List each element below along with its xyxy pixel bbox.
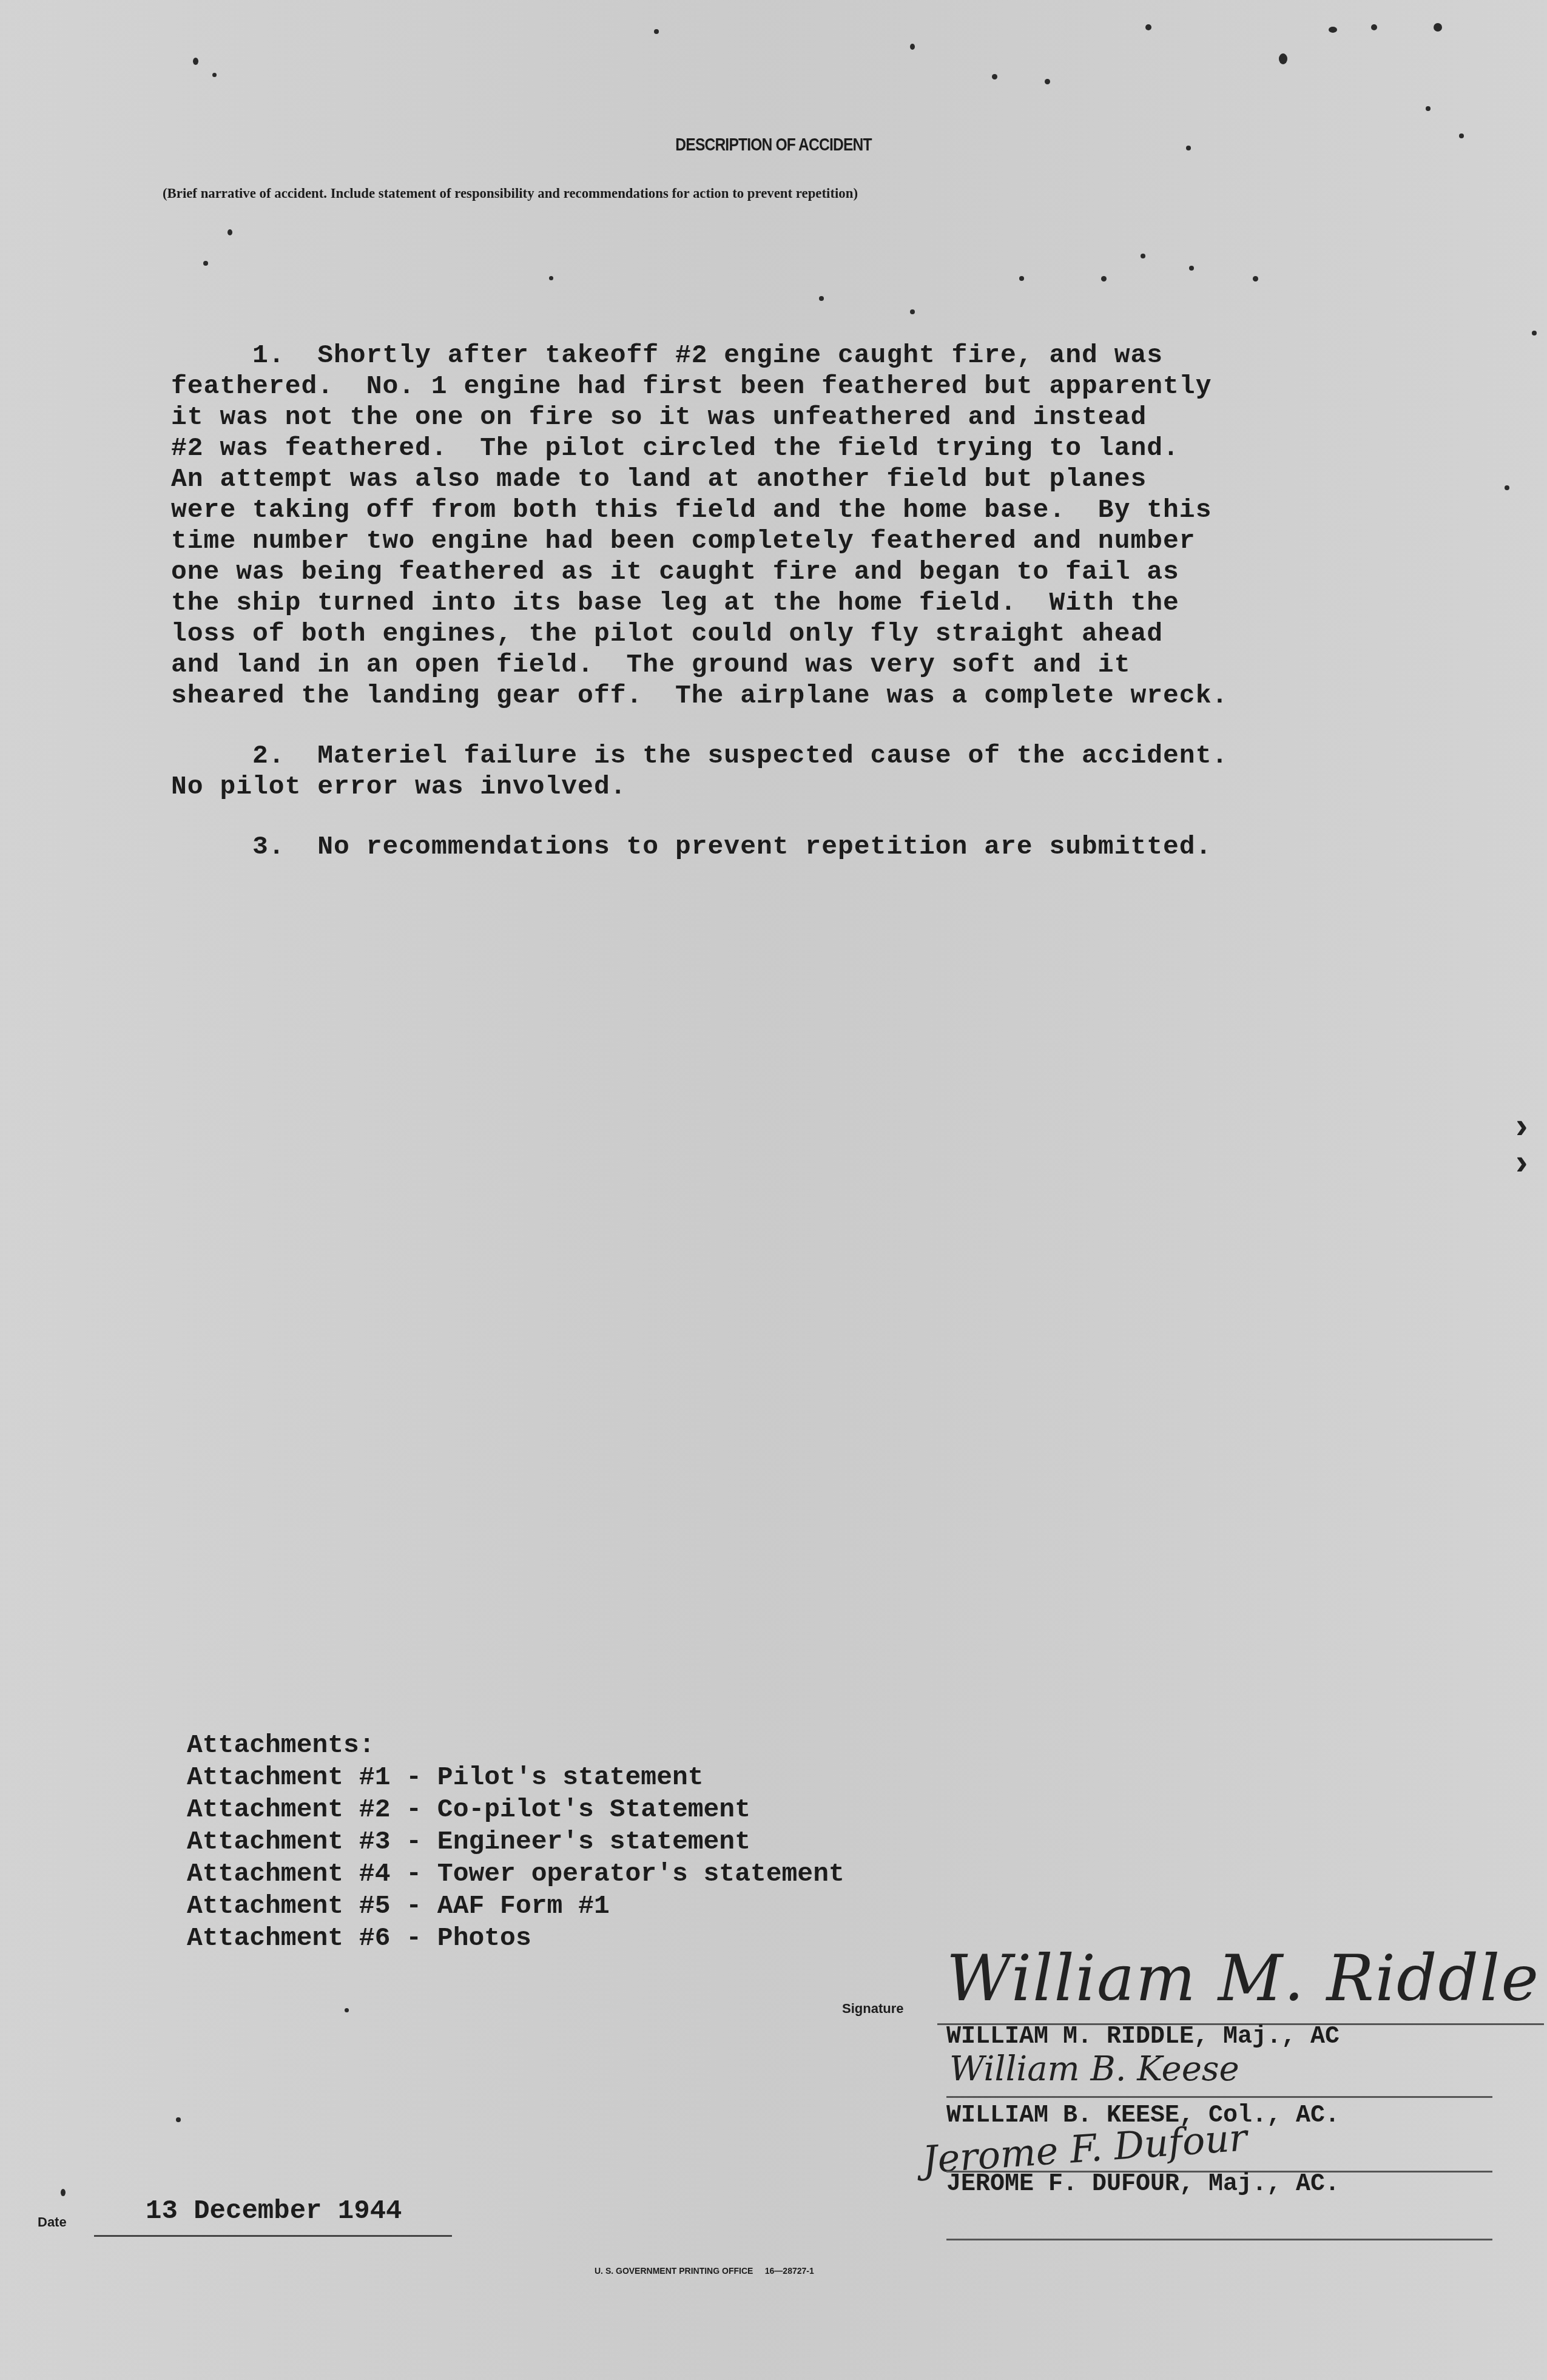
scan-speck <box>1329 27 1337 33</box>
handwritten-signature-1: William M. Riddle <box>946 1941 1540 2015</box>
scan-speck <box>819 296 824 301</box>
scan-speck <box>61 2189 66 2196</box>
scan-speck <box>1532 331 1537 335</box>
scan-speck <box>227 229 232 235</box>
printing-office-imprint: U. S. GOVERNMENT PRINTING OFFICE 16—2872… <box>595 2266 814 2276</box>
scan-speck <box>910 309 915 314</box>
accident-narrative: 1. Shortly after takeoff #2 engine caugh… <box>171 340 1421 862</box>
date-value: 13 December 1944 <box>146 2196 405 2228</box>
scan-speck <box>1459 133 1464 138</box>
signature-line-2 <box>946 2096 1492 2098</box>
scan-speck <box>1145 24 1151 30</box>
scan-speck <box>176 2117 181 2122</box>
document-page: DESCRIPTION OF ACCIDENT (Brief narrative… <box>0 0 1547 2380</box>
paragraph-2: 2. Materiel failure is the suspected cau… <box>171 740 1421 802</box>
margin-mark: ›› <box>1511 1110 1532 1183</box>
document-title: DESCRIPTION OF ACCIDENT <box>140 135 1408 155</box>
signature-label: Signature <box>842 2001 903 2017</box>
attachments-heading: Attachments: <box>187 1729 844 1761</box>
signature-line-4 <box>946 2239 1492 2240</box>
scan-speck <box>345 2008 349 2012</box>
scan-speck <box>1045 79 1050 84</box>
scan-speck <box>1101 276 1107 281</box>
scan-speck <box>1279 53 1287 64</box>
attachment-item: Attachment #6 - Photos <box>187 1922 844 1954</box>
signer-1-typed-name: WILLIAM M. RIDDLE, Maj., AC <box>946 2023 1340 2051</box>
scan-speck <box>1141 254 1145 258</box>
scan-speck <box>1434 23 1442 32</box>
attachment-item: Attachment #1 - Pilot's statement <box>187 1761 844 1793</box>
paragraph-1: 1. Shortly after takeoff #2 engine caugh… <box>171 340 1421 711</box>
document-subtitle: (Brief narrative of accident. Include st… <box>163 186 1338 202</box>
scan-speck <box>1253 276 1258 281</box>
scan-speck <box>1019 276 1024 281</box>
attachments-list: Attachments: Attachment #1 - Pilot's sta… <box>187 1729 844 1954</box>
scan-speck <box>1189 266 1194 271</box>
attachment-item: Attachment #2 - Co-pilot's Statement <box>187 1793 844 1825</box>
scan-speck <box>1426 106 1431 111</box>
attachment-item: Attachment #3 - Engineer's statement <box>187 1825 844 1858</box>
scan-speck <box>992 74 997 79</box>
scan-speck <box>910 44 915 50</box>
paragraph-3: 3. No recommendations to prevent repetit… <box>171 831 1421 862</box>
date-label: Date <box>38 2214 67 2230</box>
attachment-item: Attachment #4 - Tower operator's stateme… <box>187 1858 844 1890</box>
scan-speck <box>193 58 198 65</box>
handwritten-signature-2: William B. Keese <box>949 2049 1239 2089</box>
date-underline <box>94 2235 452 2237</box>
scan-speck <box>654 29 659 34</box>
attachment-item: Attachment #5 - AAF Form #1 <box>187 1890 844 1922</box>
signer-3-typed-name: JEROME F. DUFOUR, Maj., AC. <box>946 2171 1340 2198</box>
scan-speck <box>1505 485 1509 490</box>
scan-speck <box>212 73 217 77</box>
scan-speck <box>549 276 553 280</box>
scan-speck <box>1371 24 1377 30</box>
scan-speck <box>203 261 208 266</box>
